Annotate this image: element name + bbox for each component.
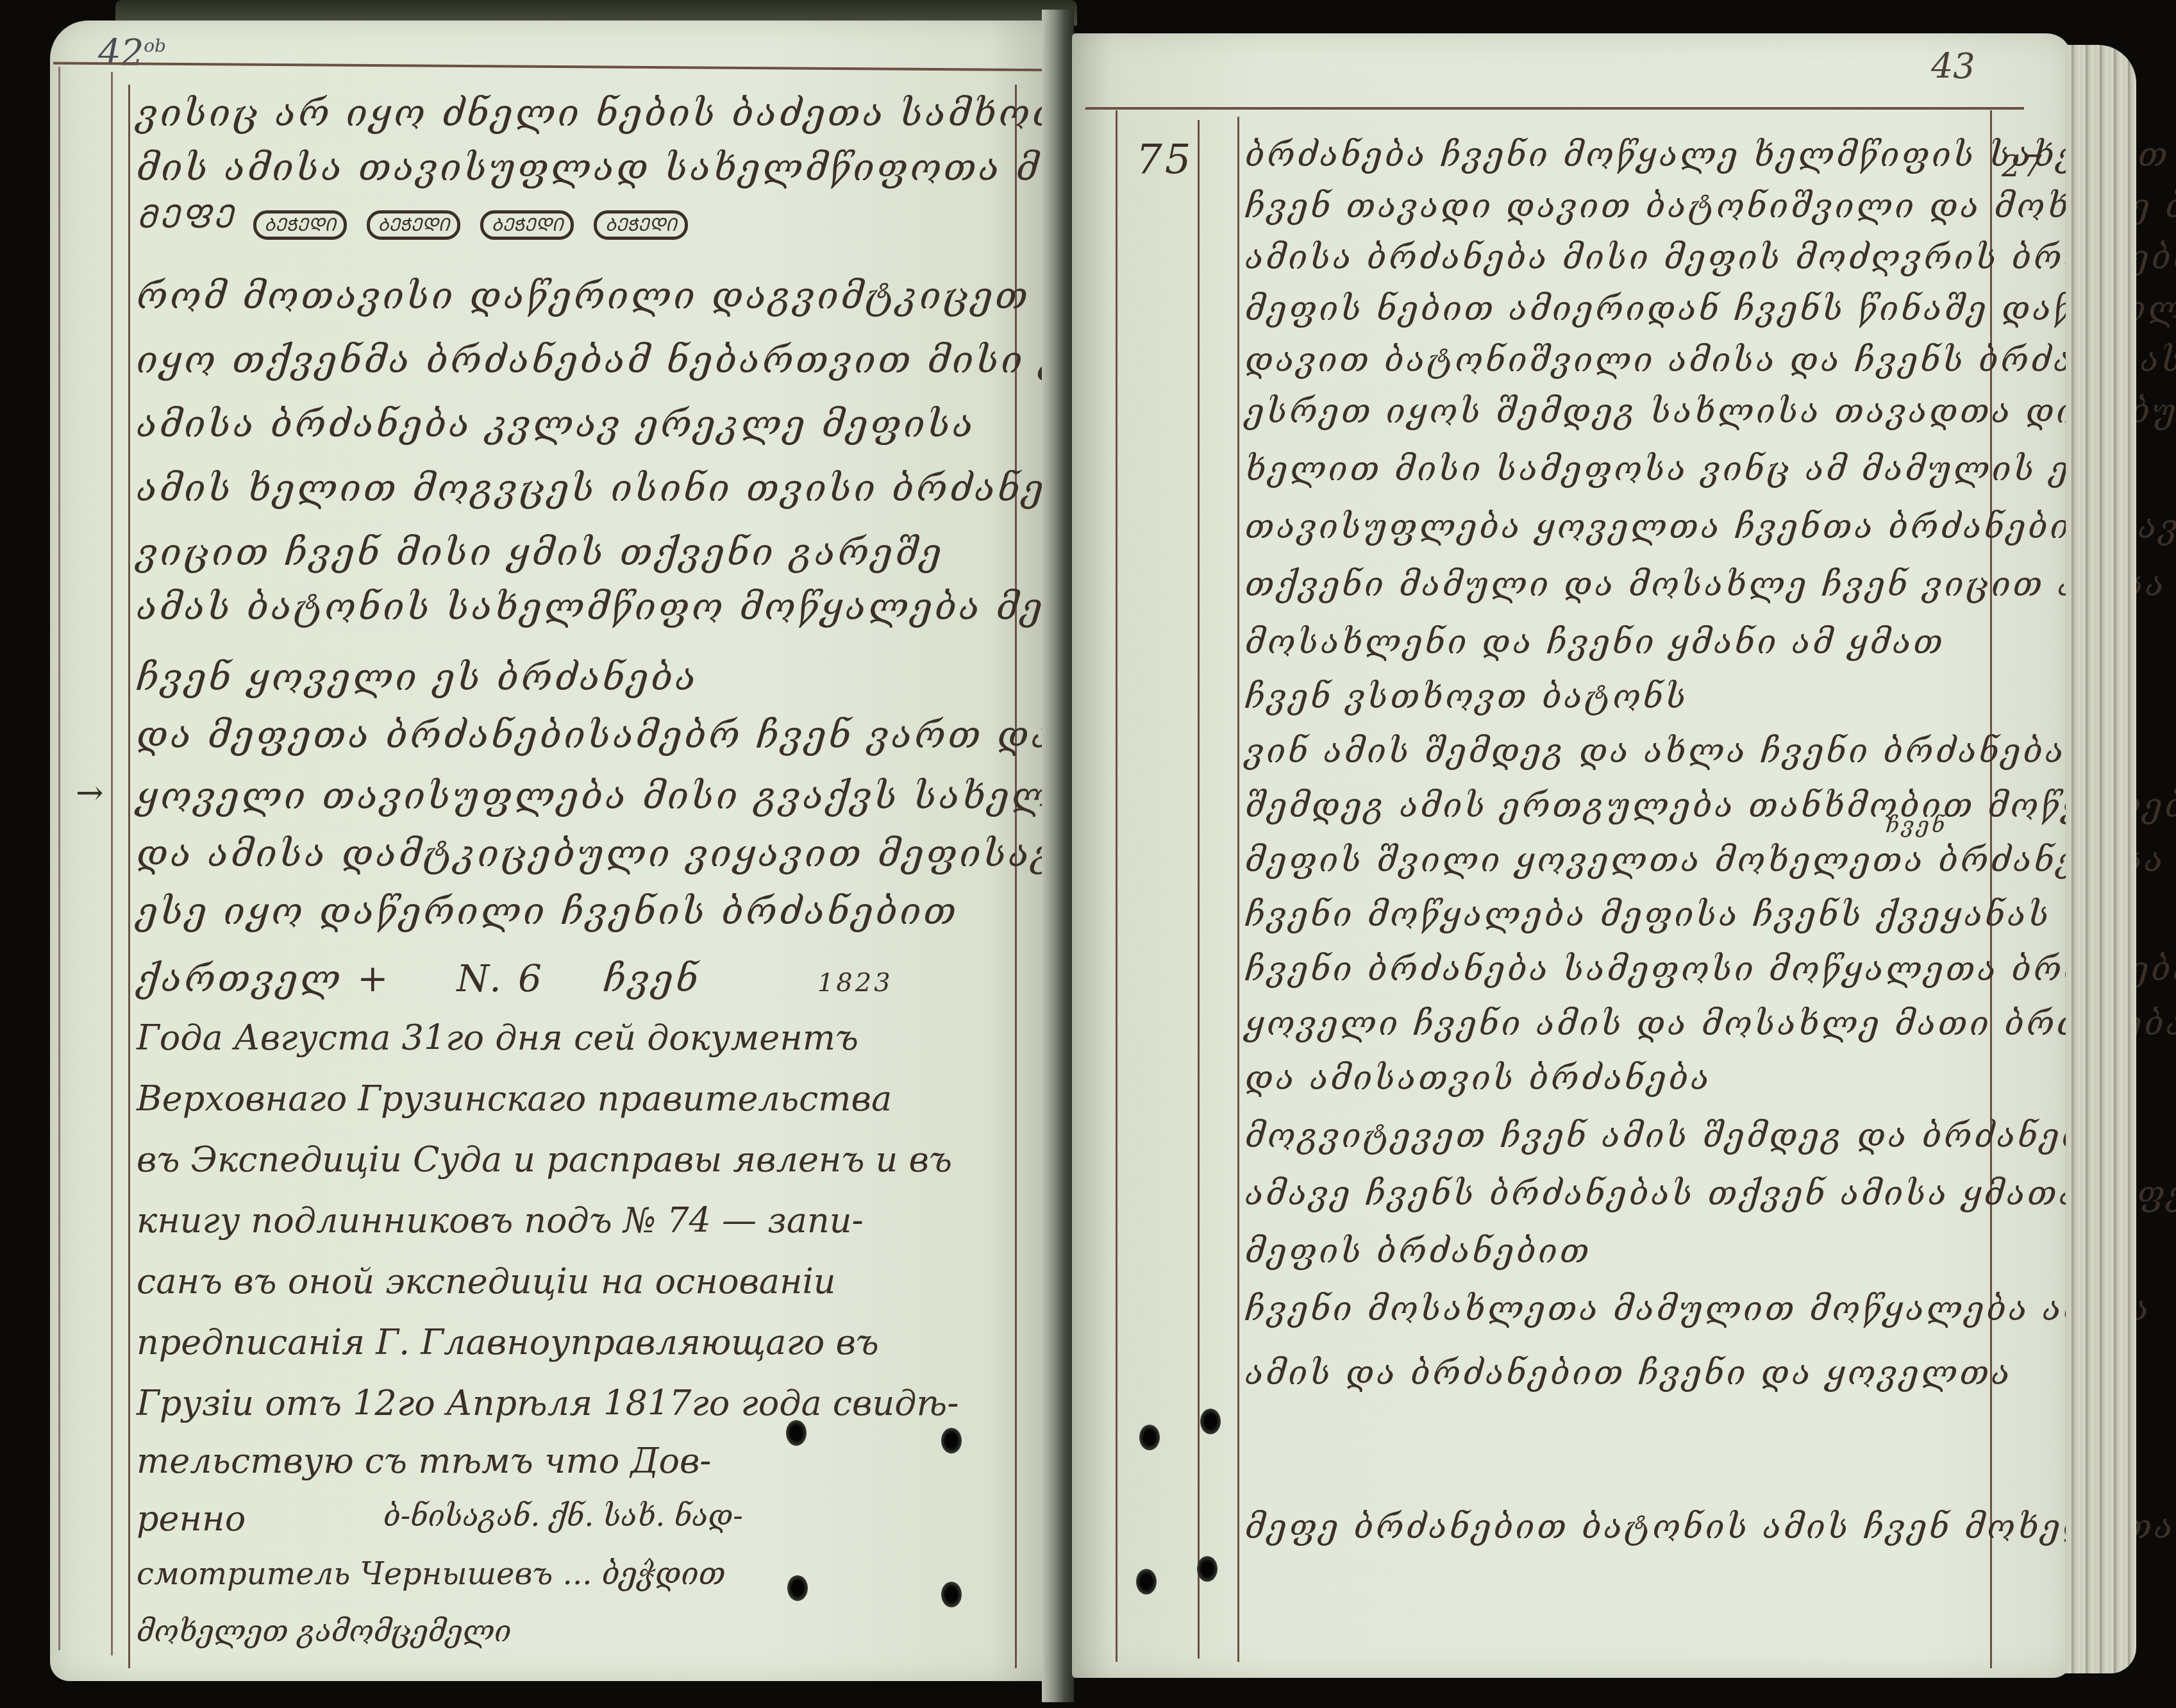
- georgian-line: ვიცით ჩვენ მისი ყმის თქვენი გარეშე: [137, 530, 944, 574]
- binding-hole: [1139, 1425, 1160, 1450]
- registry-line: ქართველ + N. 6 ჩვენ 1823: [137, 957, 893, 1000]
- book-gutter: [1042, 10, 1074, 1702]
- georgian-line: ესრეთ იყოს შემდეგ სახლისა თავადთა დიდებუ…: [1245, 392, 2176, 431]
- binding-hole: [941, 1428, 962, 1453]
- georgian-line: მეფის ნებით ამიერიდან ჩვენს წინაშე დაწერ…: [1245, 290, 2176, 328]
- registry-word: ჩვენ: [603, 957, 700, 1000]
- folio-suffix: ob: [144, 35, 166, 56]
- georgian-line: დავით ბატონიშვილი ამისა და ჩვენს ბრძანებ…: [1245, 341, 2176, 380]
- margin-rule-outer: [58, 67, 60, 1650]
- russian-annotation-line: Года Августа 31го дня сей документъ: [137, 1017, 858, 1058]
- russian-annotation-line: книгу подлинниковъ подъ № 74 — запи-: [137, 1200, 864, 1241]
- text-column-rule-left: [128, 85, 130, 1668]
- manuscript-spread: 42ob ვისიც არ იყო ძნელი ნების ბაძეთა სამ…: [0, 0, 2176, 1708]
- text-column-rule-left: [1237, 117, 1239, 1662]
- margin-rule-inner: [111, 72, 113, 1655]
- right-page: 43 75 27 ბრძანება ჩვენი მოწყალე ხელმწიფი…: [1072, 33, 2072, 1678]
- russian-annotation-line: Грузіи отъ 12го Апрѣля 1817го года свидѣ…: [137, 1383, 958, 1423]
- georgian-line: ჩვენ თავადი დავით ბატონიშვილი და მოხელე …: [1245, 187, 2176, 226]
- binding-hole: [786, 1420, 807, 1446]
- page-fore-edge: [2066, 45, 2136, 1673]
- signature-line: ბ-ნისაგან. ქნ. სახ. ნად-: [383, 1498, 743, 1533]
- seal-impression: ᲑᲔᲭᲔᲓᲘ: [594, 210, 687, 240]
- georgian-line: ამისა ბრძანება კვლავ ერეკლე მეფისა: [137, 402, 976, 446]
- registry-prefix: ქართველ +: [137, 957, 391, 1000]
- seal-impression: ᲑᲔᲭᲔᲓᲘ: [367, 210, 460, 240]
- georgian-line: ჩვენ ყოველი ეს ბრძანება: [137, 655, 698, 699]
- top-rule: [1085, 107, 2024, 110]
- georgian-line: შემდეგ ამის ერთგულება თანხმობით მოწყალებ…: [1245, 787, 2176, 825]
- right-folio-number: 43: [1931, 46, 1975, 87]
- seal-impression: ᲑᲔᲭᲔᲓᲘ: [480, 210, 574, 240]
- seal-row: ᲛᲔᲤᲔ ᲑᲔᲭᲔᲓᲘ ᲑᲔᲭᲔᲓᲘ ᲑᲔᲭᲔᲓᲘ ᲑᲔᲭᲔᲓᲘ: [137, 194, 705, 240]
- georgian-line: ამის და ბრძანებით ჩვენი და ყოველთა: [1245, 1354, 2013, 1393]
- seal-impression: ᲑᲔᲭᲔᲓᲘ: [253, 210, 347, 240]
- georgian-line: და ამისათვის ბრძანება: [1245, 1059, 1712, 1098]
- georgian-line: მოსახლენი და ჩვენი ყმანი ამ ყმათ: [1245, 623, 1945, 662]
- margin-arrow: →: [76, 774, 104, 812]
- georgian-line: ჩვენი მოსახლეთა მამულით მოწყალება ამისა: [1245, 1290, 2151, 1328]
- georgian-line: ჩვენ ვსთხოვთ ბატონს: [1245, 678, 1688, 716]
- russian-annotation-line: Верховнаго Грузинскаго правительства: [137, 1078, 892, 1119]
- georgian-line: თავისუფლება ყოველთა ჩვენთა ბრძანების დავ…: [1245, 508, 2176, 546]
- registry-year: 1823: [817, 968, 893, 998]
- registry-number-label: N.: [456, 957, 503, 1000]
- georgian-line: მეფის ბრძანებით: [1245, 1232, 1591, 1271]
- left-page: 42ob ვისიც არ იყო ძნელი ნების ბაძეთა სამ…: [50, 21, 1071, 1681]
- georgian-line: მეფის შვილი ყოველთა მოხელეთა ბრძანებისა: [1245, 841, 2165, 880]
- signature-line: смотритель Чернышевъ ... ბეჭდით: [137, 1556, 726, 1592]
- georgian-line: მეფე ბრძანებით ბატონის ამის ჩვენ მოხელეთ…: [1245, 1508, 2175, 1546]
- binding-hole: [941, 1582, 962, 1607]
- cross-note: ჩვენ: [1886, 812, 1947, 838]
- binding-hole: [1197, 1556, 1218, 1582]
- text-column-rule-right: [1015, 85, 1017, 1668]
- binding-hole: [787, 1575, 808, 1601]
- binding-hole: [1136, 1569, 1157, 1595]
- georgian-line: ესე იყო დაწერილი ჩვენის ბრძანებით: [137, 889, 958, 933]
- georgian-line: მოგვიტევეთ ჩვენ ამის შემდეგ და ბრძანება: [1245, 1117, 2105, 1155]
- georgian-line: ბრძანება ჩვენი მოწყალე ხელმწიფის სახელით…: [1245, 136, 2176, 174]
- binding-hole: [1200, 1409, 1221, 1434]
- left-folio-number: 42ob: [98, 32, 166, 74]
- russian-annotation-line: въ Экспедиціи Суда и расправы явленъ и в…: [137, 1139, 952, 1180]
- georgian-line: ჩვენი მოწყალება მეფისა ჩვენს ქვეყანას: [1245, 896, 2051, 934]
- russian-annotation-line: санъ въ оной экспедиціи на основаніи: [137, 1261, 836, 1302]
- georgian-line: ჩვენი ბრძანება სამეფოსი მოწყალეთა ბრძანე…: [1245, 950, 2176, 989]
- georgian-line: ხელით მისი სამეფოსა ვინც ამ მამულის ეს: [1245, 450, 2094, 489]
- georgian-line: თქვენი მამული და მოსახლე ჩვენ ვიცით ამის…: [1245, 565, 2166, 604]
- signature-line: მოხელეთ გამომცემელი: [137, 1614, 511, 1648]
- russian-annotation-line: ренно: [137, 1498, 246, 1539]
- georgian-line: რომ მოთავისი დაწერილი დაგვიმტკიცეთ: [137, 274, 1030, 317]
- margin-rule-2: [1198, 120, 1200, 1659]
- russian-annotation-line: предписанія Г. Главноуправляющаго въ: [137, 1322, 879, 1362]
- georgian-line: ყოველი ჩვენი ამის და მოსახლე მათი ბრძანე…: [1245, 1005, 2176, 1043]
- margin-rule-1: [1116, 110, 1117, 1662]
- entry-number: 75: [1136, 136, 1193, 183]
- registry-number: 6: [518, 957, 544, 1000]
- georgian-line: ამისა ბრძანება მისი მეფის მოძღვრის ბრძან…: [1245, 239, 2176, 277]
- georgian-line: ვინ ამის შემდეგ და ახლა ჩვენი ბრძანება: [1245, 732, 2066, 771]
- top-rule: [53, 62, 1069, 71]
- georgian-line: ამავე ჩვენს ბრძანებას თქვენ ამისა ყმათა …: [1245, 1175, 2176, 1213]
- russian-annotation-line: тельствую съ тѣмъ что Дов-: [137, 1441, 712, 1481]
- folio-number: 42: [98, 32, 144, 74]
